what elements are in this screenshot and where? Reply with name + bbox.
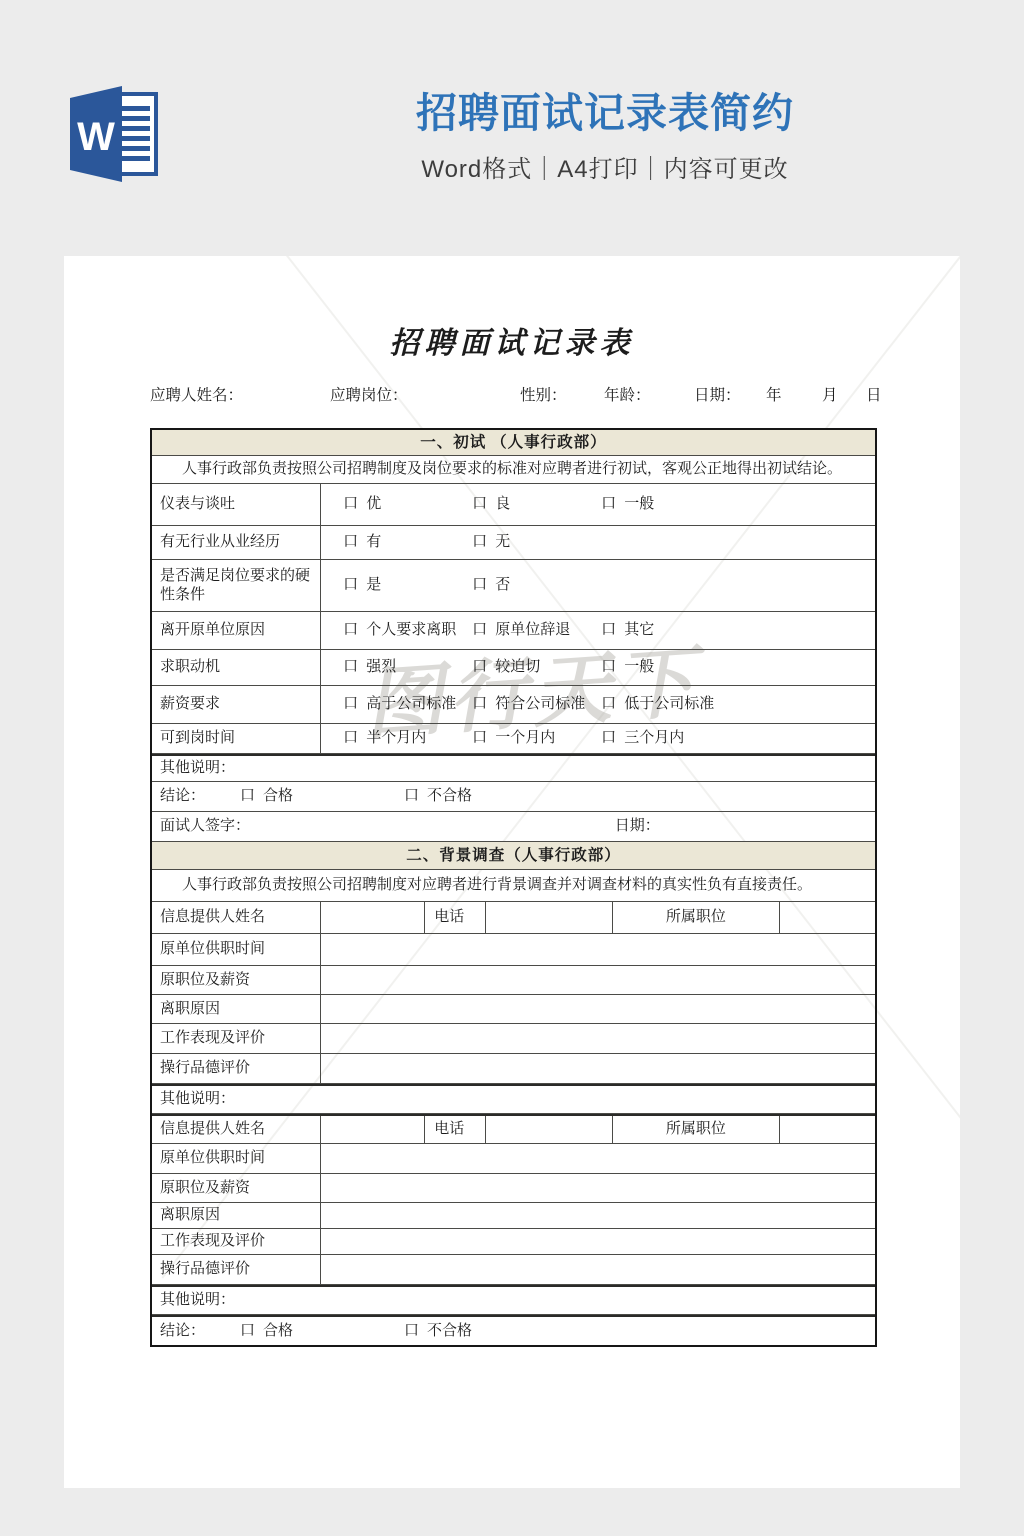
- checkbox-icon: 口: [472, 534, 487, 550]
- section-description: 人事行政部负责按照公司招聘制度对应聘者进行背景调查并对调查材料的真实性负有直接责…: [182, 876, 812, 895]
- word-logo-icon: W: [62, 82, 162, 186]
- option-label: 一个月内: [495, 730, 555, 746]
- table-row: 可到岗时间口半个月内口一个月内口三个月内: [152, 724, 875, 754]
- row-label-cell: 可到岗时间: [152, 724, 321, 753]
- option-label: 原单位辞退: [495, 622, 570, 638]
- row-label: 操行品德评价: [160, 1059, 250, 1078]
- table-row: 有无行业从业经历口有口无: [152, 526, 875, 560]
- row-label: 结论：: [160, 1322, 240, 1341]
- table-row: 其他说明：: [152, 1084, 875, 1114]
- template-subtitle: Word格式｜A4打印｜内容可更改: [360, 149, 850, 184]
- cell-blank: [486, 902, 613, 933]
- checkbox-icon: 口: [343, 696, 358, 712]
- option-label: 无: [495, 534, 510, 550]
- checkbox-icon: 口: [472, 659, 487, 675]
- row-label: 原职位及薪资: [160, 1179, 250, 1198]
- row-label: 工作表现及评价: [160, 1029, 265, 1048]
- checkbox-option: 口三个月内: [601, 729, 730, 748]
- form-table: 一、初试 （人事行政部）人事行政部负责按照公司招聘制度及岗位要求的标准对应聘者进…: [150, 428, 877, 1347]
- row-label: 信息提供人姓名: [160, 908, 265, 927]
- checkbox-icon: 口: [472, 577, 487, 593]
- info-field: 日期：: [694, 383, 741, 405]
- cell-label: 信息提供人姓名: [152, 902, 321, 933]
- option-label: 不合格: [427, 1323, 472, 1339]
- checkbox-icon: 口: [343, 622, 358, 638]
- table-row: 工作表现及评价: [152, 1024, 875, 1054]
- table-row: 工作表现及评价: [152, 1229, 875, 1255]
- row-label-cell: 原职位及薪资: [152, 966, 321, 994]
- row-label: 是否满足岗位要求的硬性条件: [160, 567, 314, 605]
- row-options-cell: 口个人要求离职口原单位辞退口其它: [321, 621, 875, 640]
- section-band-label: 一、初试 （人事行政部）: [420, 433, 606, 452]
- row-label: 其他说明：: [160, 759, 235, 778]
- checkbox-option: 口个人要求离职: [343, 621, 472, 640]
- row-label: 所属职位: [666, 1120, 726, 1139]
- checkbox-option: 口合格: [240, 1322, 404, 1341]
- option-label: 低于公司标准: [624, 696, 714, 712]
- row-label: 可到岗时间: [160, 729, 235, 748]
- table-row: 其他说明：: [152, 754, 875, 782]
- row-label-cell: 离职原因: [152, 1203, 321, 1228]
- option-label: 符合公司标准: [495, 696, 585, 712]
- checkbox-icon: 口: [601, 730, 616, 746]
- row-label-cell: 原职位及薪资: [152, 1174, 321, 1202]
- checkbox-option: 口是: [343, 576, 472, 595]
- info-field: 应聘岗位：: [330, 383, 408, 405]
- document-page: 图行天下 招聘面试记录表 应聘人姓名：应聘岗位：性别：年龄：日期：年月日 一、初…: [64, 256, 960, 1488]
- row-options-cell: 口强烈口较迫切口一般: [321, 658, 875, 677]
- checkbox-icon: 口: [601, 496, 616, 512]
- row-label: 信息提供人姓名: [160, 1120, 265, 1139]
- checkbox-icon: 口: [404, 788, 419, 804]
- option-label: 不合格: [427, 788, 472, 804]
- table-row: 离开原单位原因口个人要求离职口原单位辞退口其它: [152, 612, 875, 650]
- info-field: 月: [822, 383, 838, 405]
- checkbox-option: 口一个月内: [472, 729, 601, 748]
- row-label-cell: 求职动机: [152, 650, 321, 685]
- table-row: 原职位及薪资: [152, 966, 875, 995]
- checkbox-icon: 口: [343, 659, 358, 675]
- row-label: 原职位及薪资: [160, 971, 250, 990]
- row-label: 原单位供职时间: [160, 940, 265, 959]
- row-label-cell: 原单位供职时间: [152, 1144, 321, 1173]
- conclusion-row: 结论：口合格口不合格: [152, 782, 875, 812]
- option-label: 半个月内: [366, 730, 426, 746]
- row-label: 其他说明：: [160, 1291, 235, 1310]
- table-row: 信息提供人姓名电话所属职位: [152, 1114, 875, 1144]
- row-label-cell: 操行品德评价: [152, 1054, 321, 1083]
- checkbox-option: 口不合格: [404, 1322, 568, 1341]
- option-label: 否: [495, 577, 510, 593]
- row-label: 所属职位: [666, 908, 726, 927]
- cell-label: 所属职位: [613, 902, 781, 933]
- row-label: 仪表与谈吐: [160, 495, 235, 514]
- checkbox-icon: 口: [343, 534, 358, 550]
- row-label: 薪资要求: [160, 695, 220, 714]
- info-line: 应聘人姓名：应聘岗位：性别：年龄：日期：年月日: [64, 383, 960, 405]
- checkbox-option: 口高于公司标准: [343, 695, 472, 714]
- checkbox-option: 口良: [472, 495, 601, 514]
- row-label-cell: 操行品德评价: [152, 1255, 321, 1284]
- template-title: 招聘面试记录表简约: [360, 90, 850, 137]
- row-options-cell: 口有口无: [321, 533, 875, 552]
- section-description-row: 人事行政部负责按照公司招聘制度对应聘者进行背景调查并对调查材料的真实性负有直接责…: [152, 870, 875, 902]
- conclusion-row: 结论：口合格口不合格: [152, 1315, 875, 1345]
- word-logo-letter: W: [77, 115, 115, 159]
- checkbox-option: 口原单位辞退: [472, 621, 601, 640]
- row-label-cell: 是否满足岗位要求的硬性条件: [152, 560, 321, 611]
- row-label: 离职原因: [160, 1000, 220, 1019]
- row-label-cell: 工作表现及评价: [152, 1229, 321, 1254]
- table-row: 仪表与谈吐口优口良口一般: [152, 484, 875, 526]
- table-row: 信息提供人姓名电话所属职位: [152, 902, 875, 934]
- checkbox-option: 口一般: [601, 495, 730, 514]
- row-options-cell: 口优口良口一般: [321, 495, 875, 514]
- row-label: 其他说明：: [160, 1090, 235, 1109]
- checkbox-icon: 口: [472, 622, 487, 638]
- option-label: 较迫切: [495, 659, 540, 675]
- row-label: 求职动机: [160, 658, 220, 677]
- checkbox-option: 口符合公司标准: [472, 695, 601, 714]
- cell-blank: [321, 1116, 425, 1143]
- section-band: 一、初试 （人事行政部）: [152, 430, 875, 456]
- option-label: 高于公司标准: [366, 696, 456, 712]
- cell-blank: [486, 1116, 613, 1143]
- checkbox-option: 口有: [343, 533, 472, 552]
- section-description: 人事行政部负责按照公司招聘制度及岗位要求的标准对应聘者进行初试，客观公正地得出初…: [182, 460, 842, 479]
- option-label: 是: [366, 577, 381, 593]
- row-label: 有无行业从业经历: [160, 533, 280, 552]
- checkbox-icon: 口: [472, 730, 487, 746]
- option-label: 三个月内: [624, 730, 684, 746]
- row-label: 原单位供职时间: [160, 1149, 265, 1168]
- table-row: 操行品德评价: [152, 1255, 875, 1285]
- row-label-cell: 原单位供职时间: [152, 934, 321, 965]
- option-label: 良: [495, 496, 510, 512]
- option-label: 优: [366, 496, 381, 512]
- checkbox-icon: 口: [343, 496, 358, 512]
- checkbox-option: 口优: [343, 495, 472, 514]
- row-label-cell: 工作表现及评价: [152, 1024, 321, 1053]
- cell-label: 电话: [425, 902, 486, 933]
- row-options-cell: 口高于公司标准口符合公司标准口低于公司标准: [321, 695, 875, 714]
- checkbox-icon: 口: [404, 1323, 419, 1339]
- option-label: 强烈: [366, 659, 396, 675]
- signature-label: 面试人签字：: [160, 817, 250, 836]
- checkbox-icon: 口: [472, 696, 487, 712]
- section-band-label: 二、背景调查（人事行政部）: [406, 846, 621, 865]
- table-row: 其他说明：: [152, 1285, 875, 1315]
- table-row: 离职原因: [152, 1203, 875, 1229]
- signature-row: 面试人签字：日期：: [152, 812, 875, 842]
- table-row: 求职动机口强烈口较迫切口一般: [152, 650, 875, 686]
- table-row: 原单位供职时间: [152, 1144, 875, 1174]
- row-label: 离职原因: [160, 1206, 220, 1225]
- checkbox-option: 口其它: [601, 621, 730, 640]
- option-label: 个人要求离职: [366, 622, 456, 638]
- table-row: 是否满足岗位要求的硬性条件口是口否: [152, 560, 875, 612]
- option-label: 一般: [624, 496, 654, 512]
- row-label-cell: 离职原因: [152, 995, 321, 1023]
- row-label-cell: 离开原单位原因: [152, 612, 321, 649]
- checkbox-icon: 口: [472, 496, 487, 512]
- template-header: W 招聘面试记录表简约 Word格式｜A4打印｜内容可更改: [0, 0, 1024, 256]
- row-label: 工作表现及评价: [160, 1232, 265, 1251]
- table-row: 原单位供职时间: [152, 934, 875, 966]
- checkbox-option: 口较迫切: [472, 658, 601, 677]
- cell-label: 信息提供人姓名: [152, 1116, 321, 1143]
- section-band: 二、背景调查（人事行政部）: [152, 842, 875, 870]
- checkbox-option: 口合格: [240, 787, 404, 806]
- checkbox-icon: 口: [601, 659, 616, 675]
- row-label: 电话: [434, 1120, 464, 1139]
- row-label-cell: 薪资要求: [152, 686, 321, 723]
- checkbox-option: 口不合格: [404, 787, 568, 806]
- table-row: 原职位及薪资: [152, 1174, 875, 1203]
- row-options-cell: 口是口否: [321, 576, 875, 595]
- cell-label: 电话: [425, 1116, 486, 1143]
- checkbox-option: 口一般: [601, 658, 730, 677]
- row-label: 操行品德评价: [160, 1260, 250, 1279]
- document-title: 招聘面试记录表: [64, 318, 960, 362]
- info-field: 日: [866, 383, 882, 405]
- checkbox-option: 口低于公司标准: [601, 695, 730, 714]
- row-label: 结论：: [160, 787, 240, 806]
- row-label-cell: 仪表与谈吐: [152, 484, 321, 525]
- cell-label: 所属职位: [613, 1116, 781, 1143]
- table-row: 薪资要求口高于公司标准口符合公司标准口低于公司标准: [152, 686, 875, 724]
- row-label: 离开原单位原因: [160, 621, 265, 640]
- option-label: 合格: [263, 1323, 293, 1339]
- checkbox-icon: 口: [343, 730, 358, 746]
- option-label: 其它: [624, 622, 654, 638]
- info-field: 年: [766, 383, 782, 405]
- option-label: 一般: [624, 659, 654, 675]
- checkbox-option: 口半个月内: [343, 729, 472, 748]
- date-label: 日期：: [615, 817, 660, 836]
- row-label-cell: 有无行业从业经历: [152, 526, 321, 559]
- checkbox-icon: 口: [601, 696, 616, 712]
- info-field: 性别：: [520, 383, 567, 405]
- info-field: 年龄：: [604, 383, 651, 405]
- checkbox-option: 口无: [472, 533, 601, 552]
- checkbox-icon: 口: [343, 577, 358, 593]
- checkbox-icon: 口: [240, 1323, 255, 1339]
- checkbox-option: 口强烈: [343, 658, 472, 677]
- row-options-cell: 口半个月内口一个月内口三个月内: [321, 729, 875, 748]
- checkbox-icon: 口: [601, 622, 616, 638]
- row-label: 电话: [434, 908, 464, 927]
- section-description-row: 人事行政部负责按照公司招聘制度及岗位要求的标准对应聘者进行初试，客观公正地得出初…: [152, 456, 875, 484]
- checkbox-icon: 口: [240, 788, 255, 804]
- checkbox-option: 口否: [472, 576, 601, 595]
- option-label: 合格: [263, 788, 293, 804]
- table-row: 离职原因: [152, 995, 875, 1024]
- cell-blank: [321, 902, 425, 933]
- info-field: 应聘人姓名：: [150, 383, 243, 405]
- table-row: 操行品德评价: [152, 1054, 875, 1084]
- option-label: 有: [366, 534, 381, 550]
